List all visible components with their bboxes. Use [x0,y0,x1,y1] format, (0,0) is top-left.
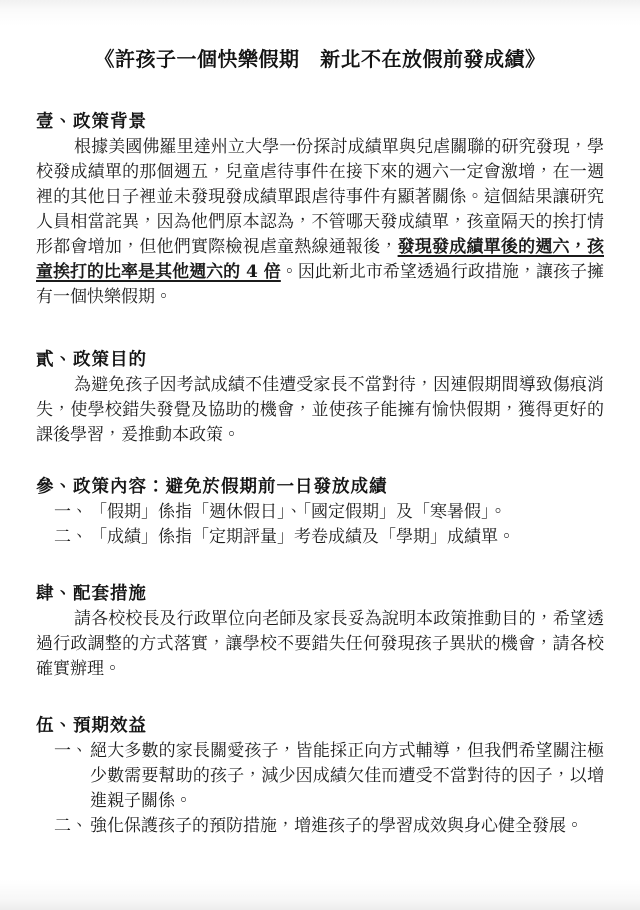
list-item: 二、「成績」係指「定期評量」考卷成績及「學期」成績單。 [54,525,604,550]
list-item-marker: 一、 [54,500,90,525]
list-item-marker: 二、 [54,814,90,839]
list-item-marker: 一、 [54,739,90,764]
section-heading: 壹、政策背景 [36,110,604,135]
section: 壹、政策背景根據美國佛羅里達州立大學一份探討成績單與兒虐關聯的研究發現，學校發成… [36,110,604,310]
section: 肆、配套措施請各校校長及行政單位向老師及家長妥為說明本政策推動目的，希望透過行政… [36,582,604,682]
text-run: 「成績」係指「定期評量」考卷成績及「學期」成績單。 [90,527,515,547]
section-heading: 貳、政策目的 [36,348,604,373]
text-run: 請各校校長及行政單位向老師及家長妥為說明本政策推動目的，希望透過行政調整的方式落… [36,609,604,679]
list-item: 一、絕大多數的家長關愛孩子，皆能採正向方式輔導，但我們希望關注極少數需要幫助的孩… [54,739,604,814]
text-run: 絕大多數的家長關愛孩子，皆能採正向方式輔導，但我們希望關注極少數需要幫助的孩子，… [90,741,604,811]
text-run: 強化保護孩子的預防措施，增進孩子的學習成效與身心健全發展。 [90,816,583,836]
section: 參、政策內容：避免於假期前一日發放成績一、「假期」係指「週休假日」、「國定假期」… [36,475,604,550]
paragraph: 根據美國佛羅里達州立大學一份探討成績單與兒虐關聯的研究發現，學校發成績單的那個週… [36,135,604,310]
text-run: 為避免孩子因考試成績不佳遭受家長不當對待，因連假期間導致傷痕消失，使學校錯失發覺… [36,375,604,445]
document-title: 《許孩子一個快樂假期 新北不在放假前發成績》 [36,46,604,72]
paragraph: 請各校校長及行政單位向老師及家長妥為說明本政策推動目的，希望透過行政調整的方式落… [36,607,604,682]
document-content: 《許孩子一個快樂假期 新北不在放假前發成績》 壹、政策背景根據美國佛羅里達州立大… [0,46,640,839]
document-page: 《許孩子一個快樂假期 新北不在放假前發成績》 壹、政策背景根據美國佛羅里達州立大… [0,0,640,910]
list-item-marker: 二、 [54,525,90,550]
text-run: 「假期」係指「週休假日」、「國定假期」及「寒暑假」。 [90,502,507,522]
section: 貳、政策目的為避免孩子因考試成績不佳遭受家長不當對待，因連假期間導致傷痕消失，使… [36,348,604,448]
document-body: 壹、政策背景根據美國佛羅里達州立大學一份探討成績單與兒虐關聯的研究發現，學校發成… [36,110,604,839]
section-heading: 肆、配套措施 [36,582,604,607]
section-heading: 伍、預期效益 [36,714,604,739]
list-item: 一、「假期」係指「週休假日」、「國定假期」及「寒暑假」。 [54,500,604,525]
paragraph: 為避免孩子因考試成績不佳遭受家長不當對待，因連假期間導致傷痕消失，使學校錯失發覺… [36,373,604,448]
list-item: 二、強化保護孩子的預防措施，增進孩子的學習成效與身心健全發展。 [54,814,604,839]
section-heading: 參、政策內容：避免於假期前一日發放成績 [36,475,604,500]
section: 伍、預期效益一、絕大多數的家長關愛孩子，皆能採正向方式輔導，但我們希望關注極少數… [36,714,604,839]
